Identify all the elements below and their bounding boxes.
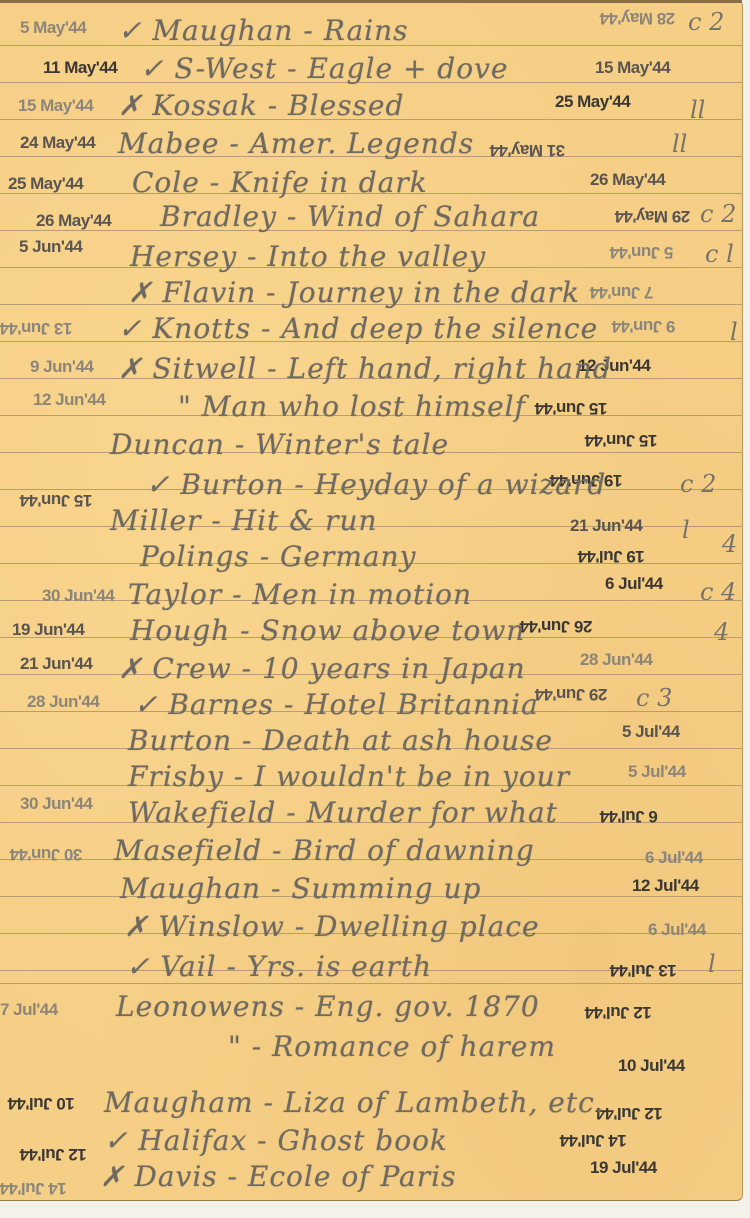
book-entry: ✗ Crew - 10 years in Japan	[118, 652, 526, 685]
date-stamp: 29 Jun'44	[535, 684, 607, 704]
date-stamp: 12 Jun'44	[33, 390, 105, 410]
date-stamp: 19 Jun'44	[12, 620, 84, 640]
date-stamp: 26 May'44	[36, 211, 111, 231]
date-stamp: 13 Jul'44	[610, 960, 677, 980]
check-mark-icon: ✓	[146, 468, 180, 501]
date-stamp: 30 Jun'44	[42, 586, 114, 606]
date-stamp: 29 May'44	[615, 206, 690, 226]
date-stamp: 5 May'44	[20, 18, 86, 38]
book-entry: ✓ Burton - Heyday of a wizard	[146, 468, 606, 501]
date-stamp: 7 Jul'44	[0, 1000, 58, 1020]
entry-text: Taylor - Men in motion	[128, 578, 472, 611]
date-stamp: 12 Jul'44	[585, 1002, 652, 1022]
book-entry: Frisby - I wouldn't be in your	[128, 760, 570, 793]
x-mark-icon: ✗	[118, 352, 152, 385]
date-stamp: 15 Jun'44	[585, 430, 657, 450]
entry-text: Maughan - Rains	[152, 14, 408, 47]
book-entry: ✓ Vail - Yrs. is earth	[126, 950, 432, 983]
book-entry: Hersey - Into the valley	[130, 240, 486, 273]
margin-note: ll	[672, 130, 687, 158]
date-stamp: 24 May'44	[20, 133, 95, 153]
book-entry: Masefield - Bird of dawning	[114, 834, 535, 867]
date-stamp: 30 Jun'44	[10, 844, 82, 864]
date-stamp: 10 Jul'44	[8, 1093, 75, 1113]
date-stamp: 21 Jun'44	[20, 654, 92, 674]
date-stamp: 21 Jun'44	[570, 516, 642, 536]
x-mark-icon: ✗	[118, 652, 152, 685]
date-stamp: 5 Jun'44	[610, 242, 673, 262]
date-stamp: 13 Jun'44	[0, 318, 72, 338]
book-entry: ✓ Halifax - Ghost book	[104, 1124, 448, 1157]
entry-text: Cole - Knife in dark	[132, 166, 428, 199]
book-entry: Maughan - Summing up	[120, 872, 481, 905]
date-stamp: 5 Jun'44	[19, 237, 82, 257]
date-stamp: 14 Jul'44	[0, 1178, 67, 1198]
date-stamp: 19 Jul'44	[578, 546, 645, 566]
book-entry: Duncan - Winter's tale	[110, 428, 449, 461]
entry-text: Leonowens - Eng. gov. 1870	[116, 990, 540, 1023]
book-entry: ✓ Maughan - Rains	[118, 14, 409, 47]
book-entry: " Man who lost himself	[178, 390, 526, 423]
margin-note: l	[730, 318, 738, 346]
x-mark-icon: ✗	[118, 89, 152, 122]
book-entry: Cole - Knife in dark	[132, 166, 428, 199]
book-entry: Hough - Snow above town	[130, 614, 525, 647]
margin-note: 4	[722, 530, 737, 558]
book-entry: Polings - Germany	[140, 540, 416, 573]
entry-text: Burton - Heyday of a wizard	[180, 468, 606, 501]
check-mark-icon: ✓	[118, 14, 152, 47]
check-mark-icon: ✓	[140, 52, 174, 85]
entry-text: Maugham - Liza of Lambeth, etc.	[104, 1086, 605, 1119]
entry-text: " - Romance of harem	[228, 1030, 556, 1063]
entry-text: Sitwell - Left hand, right hand	[152, 352, 611, 385]
entry-text: Halifax - Ghost book	[138, 1124, 448, 1157]
book-entry: ✗ Sitwell - Left hand, right hand	[118, 352, 612, 385]
entry-text: Duncan - Winter's tale	[110, 428, 449, 461]
date-stamp: 12 Jul'44	[596, 1103, 663, 1123]
entry-text: Wakefield - Murder for what	[128, 796, 558, 829]
library-card: 5 May'4411 May'4415 May'4424 May'4425 Ma…	[0, 0, 743, 1201]
margin-note: c 3	[636, 684, 672, 712]
margin-note: c 2	[680, 470, 716, 498]
entry-text: Crew - 10 years in Japan	[152, 652, 525, 685]
date-stamp: 25 May'44	[555, 92, 630, 112]
entry-text: Barnes - Hotel Britannia	[168, 688, 538, 721]
margin-note: c 2	[688, 8, 724, 36]
check-mark-icon: ✓	[118, 312, 152, 345]
book-entry: Taylor - Men in motion	[128, 578, 472, 611]
date-stamp: 15 Jun'44	[535, 398, 607, 418]
date-stamp: 19 Jul'44	[590, 1158, 657, 1178]
date-stamp: 12 Jul'44	[632, 876, 699, 896]
date-stamp: 14 Jul'44	[560, 1130, 627, 1150]
date-stamp: 6 Jul'44	[600, 806, 658, 826]
entry-text: Hough - Snow above town	[130, 614, 525, 647]
date-stamp: 15 Jun'44	[20, 490, 92, 510]
check-mark-icon: ✓	[126, 950, 160, 983]
book-entry: ✓ Barnes - Hotel Britannia	[134, 688, 539, 721]
book-entry: Leonowens - Eng. gov. 1870	[116, 990, 540, 1023]
date-stamp: 6 Jul'44	[605, 574, 663, 594]
date-stamp: 6 Jul'44	[648, 920, 706, 940]
date-stamp: 7 Jun'44	[590, 282, 653, 302]
entry-text: Flavin - Journey in the dark	[162, 276, 580, 309]
margin-note: c l	[705, 240, 734, 268]
date-stamp: 15 May'44	[18, 96, 93, 116]
entry-text: " Man who lost himself	[178, 390, 526, 423]
date-stamp: 30 Jun'44	[20, 794, 92, 814]
book-entry: Bradley - Wind of Sahara	[160, 200, 540, 233]
entry-text: Kossak - Blessed	[152, 89, 404, 122]
book-entry: Miller - Hit & run	[110, 504, 378, 537]
date-stamp: 12 Jul'44	[20, 1144, 87, 1164]
book-entry: ✗ Winslow - Dwelling place	[124, 910, 540, 943]
margin-note: 4	[714, 618, 729, 646]
date-stamp: 28 Jun'44	[580, 650, 652, 670]
date-stamp: 5 Jul'44	[628, 762, 686, 782]
book-entry: ✓ S-West - Eagle + dove	[140, 52, 508, 85]
date-stamp: 28 Jun'44	[27, 692, 99, 712]
entry-text: S-West - Eagle + dove	[174, 52, 508, 85]
check-mark-icon: ✓	[134, 688, 168, 721]
date-stamp: 31 May'44	[490, 140, 565, 160]
book-entry: " - Romance of harem	[228, 1030, 556, 1063]
book-entry: ✗ Flavin - Journey in the dark	[128, 276, 580, 309]
card-top-edge	[0, 0, 742, 3]
margin-note: l	[708, 950, 716, 978]
x-mark-icon: ✗	[100, 1160, 134, 1193]
book-entry: Mabee - Amer. Legends	[118, 127, 474, 160]
entry-text: Winslow - Dwelling place	[158, 910, 539, 943]
date-stamp: 26 Jun'44	[520, 616, 592, 636]
book-entry: Burton - Death at ash house	[128, 724, 553, 757]
entry-text: Miller - Hit & run	[110, 504, 378, 537]
date-stamp: 9 Jun'44	[612, 316, 675, 336]
margin-note: ll	[690, 96, 705, 124]
entry-text: Burton - Death at ash house	[128, 724, 553, 757]
entry-text: Bradley - Wind of Sahara	[160, 200, 540, 233]
check-mark-icon: ✓	[104, 1124, 138, 1157]
date-stamp: 25 May'44	[8, 174, 83, 194]
date-stamp: 6 Jul'44	[645, 848, 703, 868]
margin-note: c 2	[700, 200, 736, 228]
entry-text: Polings - Germany	[140, 540, 416, 573]
margin-note: c 4	[700, 578, 736, 606]
date-stamp: 5 Jul'44	[622, 722, 680, 742]
book-entry: ✗ Davis - Ecole of Paris	[100, 1160, 456, 1193]
book-entry: ✓ Knotts - And deep the silence	[118, 312, 598, 345]
x-mark-icon: ✗	[128, 276, 162, 309]
entry-text: Frisby - I wouldn't be in your	[128, 760, 570, 793]
entry-text: Davis - Ecole of Paris	[134, 1160, 456, 1193]
entry-text: Knotts - And deep the silence	[152, 312, 598, 345]
date-stamp: 26 May'44	[590, 170, 665, 190]
ruled-line	[0, 983, 742, 984]
book-entry: ✗ Kossak - Blessed	[118, 89, 404, 122]
entry-text: Vail - Yrs. is earth	[160, 950, 432, 983]
date-stamp: 10 Jul'44	[618, 1056, 685, 1076]
date-stamp: 9 Jun'44	[30, 357, 93, 377]
entry-text: Hersey - Into the valley	[130, 240, 486, 273]
book-entry: Wakefield - Murder for what	[128, 796, 558, 829]
book-entry: Maugham - Liza of Lambeth, etc.	[104, 1086, 605, 1119]
x-mark-icon: ✗	[124, 910, 158, 943]
date-stamp: 15 May'44	[595, 58, 670, 78]
margin-note: l	[682, 516, 690, 544]
entry-text: Mabee - Amer. Legends	[118, 127, 474, 160]
entry-text: Maughan - Summing up	[120, 872, 481, 905]
date-stamp: 11 May'44	[43, 58, 117, 78]
date-stamp: 28 May'44	[600, 8, 675, 28]
entry-text: Masefield - Bird of dawning	[114, 834, 535, 867]
